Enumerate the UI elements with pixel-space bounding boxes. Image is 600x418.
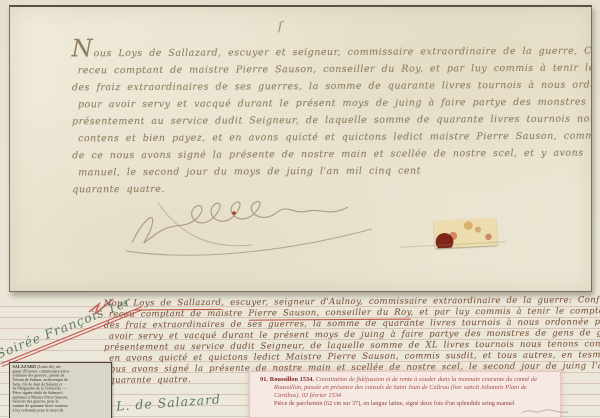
notary-mark: ſ: [278, 19, 282, 33]
transcription-text: , et par luy commis à tenir le compte et…: [411, 305, 600, 317]
catalog-label: 91. Roussillon 1534. Constitution de fid…: [249, 371, 561, 418]
signature-flourish: [122, 191, 392, 263]
manuscript-line: de ce nous avons signé la présente de no…: [72, 145, 584, 165]
clipping-text: à luy ordonnée pour le moys de: [12, 408, 110, 412]
catalog-description: Constitution de fidéjussion et de rente …: [274, 376, 537, 399]
clipping-text-block: SALAZARD (Louis de), sei- gneur d'Uzouer…: [10, 363, 112, 414]
parchment-document: ſ Nous Loys de Sallazard, escuyer et sei…: [9, 5, 592, 292]
manuscript-text: Nous Loys de Sallazard, escuyer et seign…: [72, 38, 585, 199]
newspaper-clipping: SALAZARD (Louis de), sei- gneur d'Uzouer…: [9, 362, 112, 418]
catalog-title: Roussillon 1534.: [270, 376, 314, 383]
catalog-details: Pièce de parchemin (62 cm sur 37), en la…: [260, 400, 552, 408]
catalog-number: 91.: [260, 376, 268, 383]
transcription-text: quarante quatre.: [109, 375, 191, 386]
red-ink-dot: [232, 211, 235, 214]
catalog-entry: 91. Roussillon 1534. Constitution de fid…: [260, 376, 552, 399]
album-page: ſ Nous Loys de Sallazard, escuyer et sei…: [0, 0, 600, 418]
manuscript-line: Nous Loys de Sallazard, escuyer et seign…: [72, 38, 584, 63]
pencil-scribble: [520, 405, 572, 417]
